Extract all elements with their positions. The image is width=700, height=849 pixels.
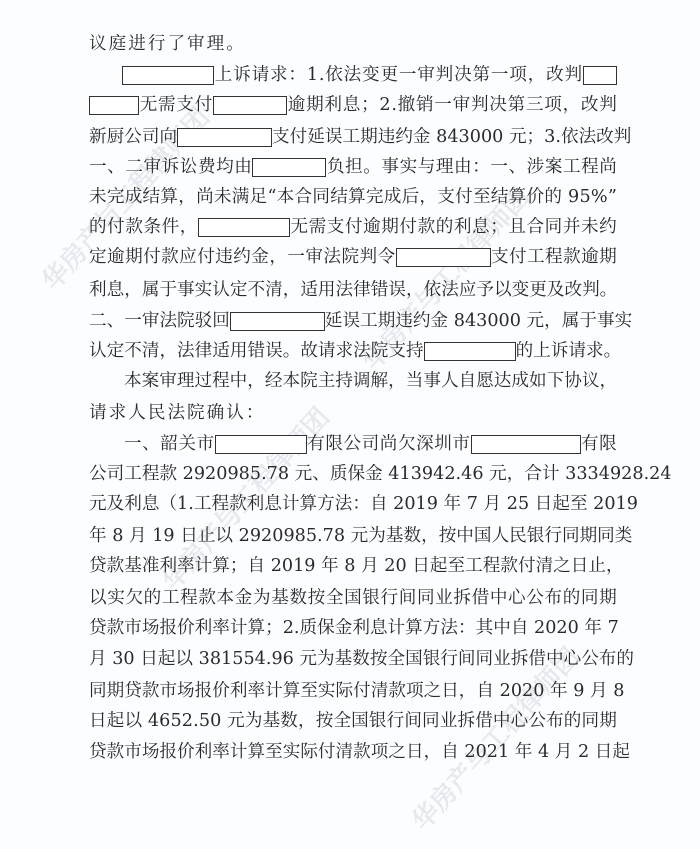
text-char: 报 <box>159 741 177 763</box>
text-char: 误 <box>388 279 406 301</box>
text-char: 未 <box>581 216 599 238</box>
text-char: ， <box>599 370 617 392</box>
text-char: 元 <box>299 648 317 670</box>
text-char: ， <box>180 216 198 238</box>
text-char: 公 <box>89 463 107 485</box>
text-char: 愿 <box>476 370 494 392</box>
text-char: 同 <box>545 216 563 238</box>
text-char: 。 <box>283 340 301 362</box>
text-char: 2 <box>534 617 545 639</box>
text-char: ； <box>265 617 283 639</box>
text-char: 限 <box>599 433 617 455</box>
text-line: 月 30 日起以 381554.96 元为基数按全国银行间同业拆借中心公布的 <box>89 648 617 670</box>
text-char: 更 <box>529 279 547 301</box>
text-char: 完 <box>366 186 384 208</box>
text-char: 2 <box>261 525 272 547</box>
text-char: 0 <box>492 126 503 148</box>
text-char: 关 <box>178 433 196 455</box>
text-char <box>562 186 568 208</box>
text-char: 协 <box>564 370 582 392</box>
text-char: 2 <box>183 463 194 485</box>
text-char: 实 <box>283 741 301 763</box>
text-char: 3 <box>459 126 470 148</box>
text-char: 改 <box>564 279 582 301</box>
redaction-box <box>177 128 272 147</box>
text-char: 国 <box>474 525 492 547</box>
text-char: ， <box>247 370 265 392</box>
text-char: 利 <box>454 216 472 238</box>
text-char: 以 <box>89 587 107 609</box>
text-char: 金 <box>251 246 269 268</box>
text-char: 审 <box>159 370 177 392</box>
text-line: 无需支付逾期利息；2.撤销一审判决第三项，改判 <box>89 94 617 116</box>
text-line: 同期贷款市场报价利率计算至实际付清款项之日，自 2020 年 9 月 8 <box>89 680 617 702</box>
text-char: 适 <box>300 279 318 301</box>
text-char: 止 <box>588 555 606 577</box>
text-char: 公 <box>581 648 599 670</box>
text-char: 金 <box>431 310 449 332</box>
text-char: 持 <box>406 340 424 362</box>
text-char: 认 <box>226 402 244 424</box>
text-char: 月 <box>89 648 107 670</box>
text-char: 中 <box>493 617 511 639</box>
text-char: 款 <box>229 493 247 515</box>
text-char: 价 <box>212 680 230 702</box>
text-line: 二、一审法院驳回延误工期违约金 843000 元，属于事实 <box>89 310 617 332</box>
text-char: 并 <box>563 216 581 238</box>
text-char: . <box>391 94 397 116</box>
text-char: 7 <box>323 525 334 547</box>
text-char: 1 <box>498 741 509 763</box>
text-char: 合 <box>524 463 542 485</box>
text-char: 程 <box>483 555 501 577</box>
text-char: 二 <box>89 310 107 332</box>
text-char: 间 <box>404 710 422 732</box>
text-char: 日 <box>89 710 107 732</box>
text-char: 率 <box>247 680 265 702</box>
text-char: 自 <box>370 493 388 515</box>
text-line: 公司工程款 2920985.78 元、质保金 413942.46 元，合计 33… <box>89 463 617 485</box>
redaction-box <box>215 435 307 454</box>
text-char: 判 <box>436 64 454 86</box>
text-line: 新厨公司向支付延误工期违约金 843000 元；3.依法改判 <box>89 126 617 148</box>
text-char: 认 <box>212 279 230 301</box>
text-char: 付 <box>195 94 213 116</box>
text-char: 审 <box>417 64 435 86</box>
text-char: 算 <box>160 186 178 208</box>
text-char: 及 <box>107 493 125 515</box>
text-line: 利息，属于事实认定不清，适用法律错误，依法应予以变更及改判。 <box>89 279 617 301</box>
text-char: 实 <box>318 680 336 702</box>
text-char: ： <box>288 64 306 86</box>
text-char: 行 <box>440 648 458 670</box>
text-char: 期 <box>378 310 396 332</box>
text-char: 间 <box>399 587 417 609</box>
text-char: 支 <box>272 126 290 148</box>
text-char: 款 <box>353 741 371 763</box>
text-char: 5 <box>232 648 243 670</box>
text-char: 拆 <box>457 710 475 732</box>
text-char: 误 <box>265 340 283 362</box>
text-char: 款 <box>107 555 125 577</box>
text-line: 元及利息（1.工程款利息计算方法：自 2019 年 7 月 25 日起至 201… <box>89 493 617 515</box>
text-char: 7 <box>467 493 478 515</box>
text-char: 期 <box>306 94 324 116</box>
text-char: 求 <box>336 340 354 362</box>
text-char: 当 <box>406 370 424 392</box>
text-char: 未 <box>214 186 232 208</box>
text-char: 利 <box>352 617 370 639</box>
text-char: 4 <box>447 126 458 148</box>
text-char: 实 <box>195 279 213 301</box>
text-char: 2 <box>464 741 475 763</box>
text-char: 款 <box>107 741 125 763</box>
text-char: 合 <box>527 216 545 238</box>
text-char: 3 <box>544 126 555 148</box>
text-char: 清 <box>142 340 160 362</box>
text-char: 业 <box>435 587 453 609</box>
text-char: 自 <box>476 680 494 702</box>
text-char: 0 <box>123 648 134 670</box>
text-char: 3 <box>576 463 587 485</box>
text-char: 款 <box>388 680 406 702</box>
text-char: 二 <box>125 156 143 178</box>
text-char: 拆 <box>511 648 529 670</box>
text-char: 6 <box>283 648 294 670</box>
text-char: 息 <box>472 216 490 238</box>
text-char: 5 <box>243 648 254 670</box>
text-char: 法 <box>177 340 195 362</box>
text-char: 市 <box>197 433 215 455</box>
text-char: 的 <box>516 340 534 362</box>
text-char: 计 <box>230 617 248 639</box>
text-char: 全 <box>387 648 405 670</box>
text-char: 利 <box>195 741 213 763</box>
text-char: 国 <box>405 648 423 670</box>
text-char: 国 <box>344 587 362 609</box>
text-char: 的 <box>564 710 582 732</box>
text-char: 约 <box>599 216 617 238</box>
text-line: 的付款条件，无需支付逾期付款的利息；且合同并未约 <box>89 216 617 238</box>
text-char: 算 <box>247 617 265 639</box>
text-char: 判 <box>359 246 377 268</box>
text-char: 付 <box>455 186 473 208</box>
text-char: 用 <box>230 340 248 362</box>
text-char: 8 <box>613 680 624 702</box>
text-char: ， <box>563 94 581 116</box>
text-char: 无 <box>290 216 308 238</box>
text-char: 一 <box>490 156 508 178</box>
text-char: 调 <box>353 370 371 392</box>
text-char: 法 <box>159 310 177 332</box>
text-char: 约 <box>395 126 413 148</box>
text-char: 法 <box>441 279 459 301</box>
text-char: 至 <box>570 493 588 515</box>
text-char: 期 <box>580 525 598 547</box>
text-char: 布 <box>546 710 564 732</box>
text-char: 由 <box>234 156 252 178</box>
text-char: 尚 <box>599 156 617 178</box>
text-char: 质 <box>330 463 348 485</box>
text-char: （ <box>159 493 177 515</box>
text-char: 1 <box>616 493 627 515</box>
text-char: 司 <box>362 433 380 455</box>
text-char: 予 <box>476 279 494 301</box>
text-char: 按 <box>308 587 326 609</box>
text-char: 元 <box>351 525 369 547</box>
text-char: 理 <box>436 156 454 178</box>
text-char: 息 <box>107 279 125 301</box>
text-char: 2 <box>205 463 216 485</box>
text-char: 场 <box>142 617 160 639</box>
text-char: 0 <box>533 680 544 702</box>
text-char: 后 <box>402 186 420 208</box>
text-char: 2 <box>593 493 604 515</box>
text-char: 为 <box>368 525 386 547</box>
text-char: 法 <box>323 246 341 268</box>
text-char: 付 <box>399 216 417 238</box>
text-char: 判 <box>614 126 632 148</box>
text-char: 民 <box>148 402 166 424</box>
text-char: 支 <box>388 340 406 362</box>
text-char: 为 <box>245 710 263 732</box>
text-char: 日 <box>595 741 613 763</box>
text-char: 如 <box>529 370 547 392</box>
text-char: 至 <box>473 186 491 208</box>
text-line: 一、二审诉讼费均由负担。事实与理由：一、涉案工程尚 <box>89 156 617 178</box>
text-char: 9 <box>568 186 579 208</box>
text-char: 月 <box>361 555 379 577</box>
text-char: 算 <box>247 741 265 763</box>
text-char: 支 <box>491 246 509 268</box>
text-char: 率 <box>212 617 230 639</box>
text-char: 月 <box>484 493 502 515</box>
text-char: 2 <box>444 463 455 485</box>
text-char: 令 <box>378 246 396 268</box>
text-char: 涉 <box>527 156 545 178</box>
text-char: 年 <box>444 493 462 515</box>
text-char: 律 <box>195 340 213 362</box>
text-char: 2 <box>621 463 632 485</box>
text-char: 、 <box>107 156 125 178</box>
text-char: 起 <box>552 493 570 515</box>
text-char: 工 <box>527 246 545 268</box>
text-char: 款 <box>125 216 143 238</box>
text-char: 自 <box>441 741 459 763</box>
text-char: 下 <box>547 370 565 392</box>
text-char: 同 <box>89 680 107 702</box>
text-char: 业 <box>440 710 458 732</box>
text-char: 6 <box>472 463 483 485</box>
text-char: 本 <box>282 370 300 392</box>
text-char: 数 <box>289 587 307 609</box>
text-char: 期 <box>381 216 399 238</box>
redaction-box <box>583 66 617 85</box>
text-char: 向 <box>159 126 177 148</box>
text-char: 清 <box>536 555 554 577</box>
text-char: 诉 <box>162 156 180 178</box>
text-char: 欠 <box>398 433 416 455</box>
text-char: 年 <box>584 617 602 639</box>
text-char: 院 <box>177 310 195 332</box>
text-char: 请 <box>89 402 107 424</box>
text-char: 结 <box>143 186 161 208</box>
text-char: 2 <box>500 680 511 702</box>
text-char: 息 <box>370 617 388 639</box>
text-char: 付 <box>318 741 336 763</box>
text-char: 银 <box>369 710 387 732</box>
text-char: 定 <box>107 340 125 362</box>
text-char: 期 <box>599 246 617 268</box>
text-char: 8 <box>295 525 306 547</box>
text-char: 撤 <box>398 94 416 116</box>
text-char: 0 <box>487 310 498 332</box>
text-char: 市 <box>124 741 142 763</box>
text-char: 0 <box>282 555 293 577</box>
text-char: 2 <box>239 525 250 547</box>
text-char: 解 <box>371 370 389 392</box>
text-char: 自 <box>459 370 477 392</box>
text-line: 贷款市场报价利率计算；2.质保金利息计算方法：其中自 2020 年 7 <box>89 617 617 639</box>
text-char: 一 <box>491 64 509 86</box>
text-char: 起 <box>612 741 630 763</box>
text-char: 市 <box>124 617 142 639</box>
text-char: 尚 <box>196 186 214 208</box>
text-char: 算 <box>348 186 366 208</box>
text-char: 款 <box>161 246 179 268</box>
text-char: 依 <box>325 64 343 86</box>
text-char: 诉 <box>233 64 251 86</box>
text-char: 审 <box>187 33 205 55</box>
text-char: 一 <box>124 310 142 332</box>
text-char: 厨 <box>107 126 125 148</box>
text-char: 2 <box>393 493 404 515</box>
text-char: 利 <box>89 279 107 301</box>
text-char: 2 <box>556 617 567 639</box>
text-char: 公 <box>528 710 546 732</box>
text-char: 计 <box>542 463 560 485</box>
text-char: 4 <box>660 463 671 485</box>
text-char: 需 <box>158 94 176 116</box>
text-char: ， <box>419 186 437 208</box>
text-char: 进 <box>128 33 146 55</box>
text-char: 息 <box>343 94 361 116</box>
text-char: 改 <box>546 64 564 86</box>
text-char: 过 <box>194 370 212 392</box>
text-char: 报 <box>159 617 177 639</box>
text-char: 计 <box>388 617 406 639</box>
text-char: 工 <box>162 587 180 609</box>
text-char: 市 <box>159 680 177 702</box>
text-char: 算 <box>283 680 301 702</box>
text-char: 决 <box>489 94 507 116</box>
text-char: 约 <box>233 246 251 268</box>
text-char: “ <box>267 186 276 208</box>
text-char: 回 <box>212 310 230 332</box>
text-char: 银 <box>362 587 380 609</box>
text-char: 程 <box>212 370 230 392</box>
text-char: 保 <box>347 463 365 485</box>
text-char: 9 <box>422 463 433 485</box>
text-char: 事 <box>423 370 441 392</box>
text-char: 中 <box>493 710 511 732</box>
text-char: 付 <box>353 680 371 702</box>
text-char: 0 <box>210 710 221 732</box>
text-char: 算 <box>405 617 423 639</box>
text-char: 限 <box>325 433 343 455</box>
text-char: 中 <box>456 525 474 547</box>
text-char: 与 <box>418 156 436 178</box>
text-char: 延 <box>325 310 343 332</box>
text-char: 利 <box>124 493 142 515</box>
text-char: 逾 <box>107 246 125 268</box>
text-char: 人 <box>492 525 510 547</box>
text-char: 8 <box>210 648 221 670</box>
text-char: 0 <box>272 525 283 547</box>
text-char: 年 <box>321 555 339 577</box>
text-char: 支 <box>437 186 455 208</box>
text-line: 未完成结算，尚未满足“本合同结算完成后，支付至结算价的 95%” <box>89 186 617 208</box>
text-char: 计 <box>265 680 283 702</box>
text-char: ， <box>421 525 439 547</box>
text-char: 持 <box>335 370 353 392</box>
text-char: 8 <box>239 463 250 485</box>
text-char: 8 <box>632 463 643 485</box>
text-char: 贷 <box>124 680 142 702</box>
text-char: 公 <box>124 126 142 148</box>
text-char: 深 <box>416 433 434 455</box>
text-char: 变 <box>512 279 530 301</box>
text-char: ： <box>458 617 476 639</box>
text-char: 属 <box>562 310 580 332</box>
text-char: ， <box>424 741 442 763</box>
text-char: 请 <box>252 64 270 86</box>
text-char: 以 <box>124 710 142 732</box>
text-char: 项 <box>544 94 562 116</box>
text-char: 计 <box>282 493 300 515</box>
text-char: 全 <box>333 710 351 732</box>
text-line: 上诉请求：1.依法变更一审判决第一项，改判 <box>89 64 617 86</box>
text-char: 0 <box>499 310 510 332</box>
text-char: 至 <box>300 680 318 702</box>
text-char: 事 <box>597 310 615 332</box>
text-char: 人 <box>441 370 459 392</box>
text-char: 同 <box>597 525 615 547</box>
text-char: 4 <box>599 463 610 485</box>
text-char: 0 <box>404 493 415 515</box>
text-char: 金 <box>235 587 253 609</box>
text-char: 求 <box>586 340 604 362</box>
text-char: 方 <box>317 493 335 515</box>
text-char: 法 <box>440 617 458 639</box>
text-char: 算 <box>300 493 318 515</box>
text-char: 0 <box>510 310 521 332</box>
text-char: 行 <box>381 587 399 609</box>
text-char: 逾 <box>581 246 599 268</box>
text-char: 8 <box>344 555 355 577</box>
text-char: 担 <box>345 156 363 178</box>
text-char: 法 <box>579 126 597 148</box>
text-char: 3 <box>199 648 210 670</box>
text-char: 布 <box>599 648 617 670</box>
text-char: % <box>591 186 608 208</box>
text-char: 5 <box>306 525 317 547</box>
text-char: 付 <box>290 126 308 148</box>
text-char: 约 <box>413 310 431 332</box>
text-char: 公 <box>526 587 544 609</box>
text-char: 一 <box>434 94 452 116</box>
text-char: 案 <box>545 156 563 178</box>
